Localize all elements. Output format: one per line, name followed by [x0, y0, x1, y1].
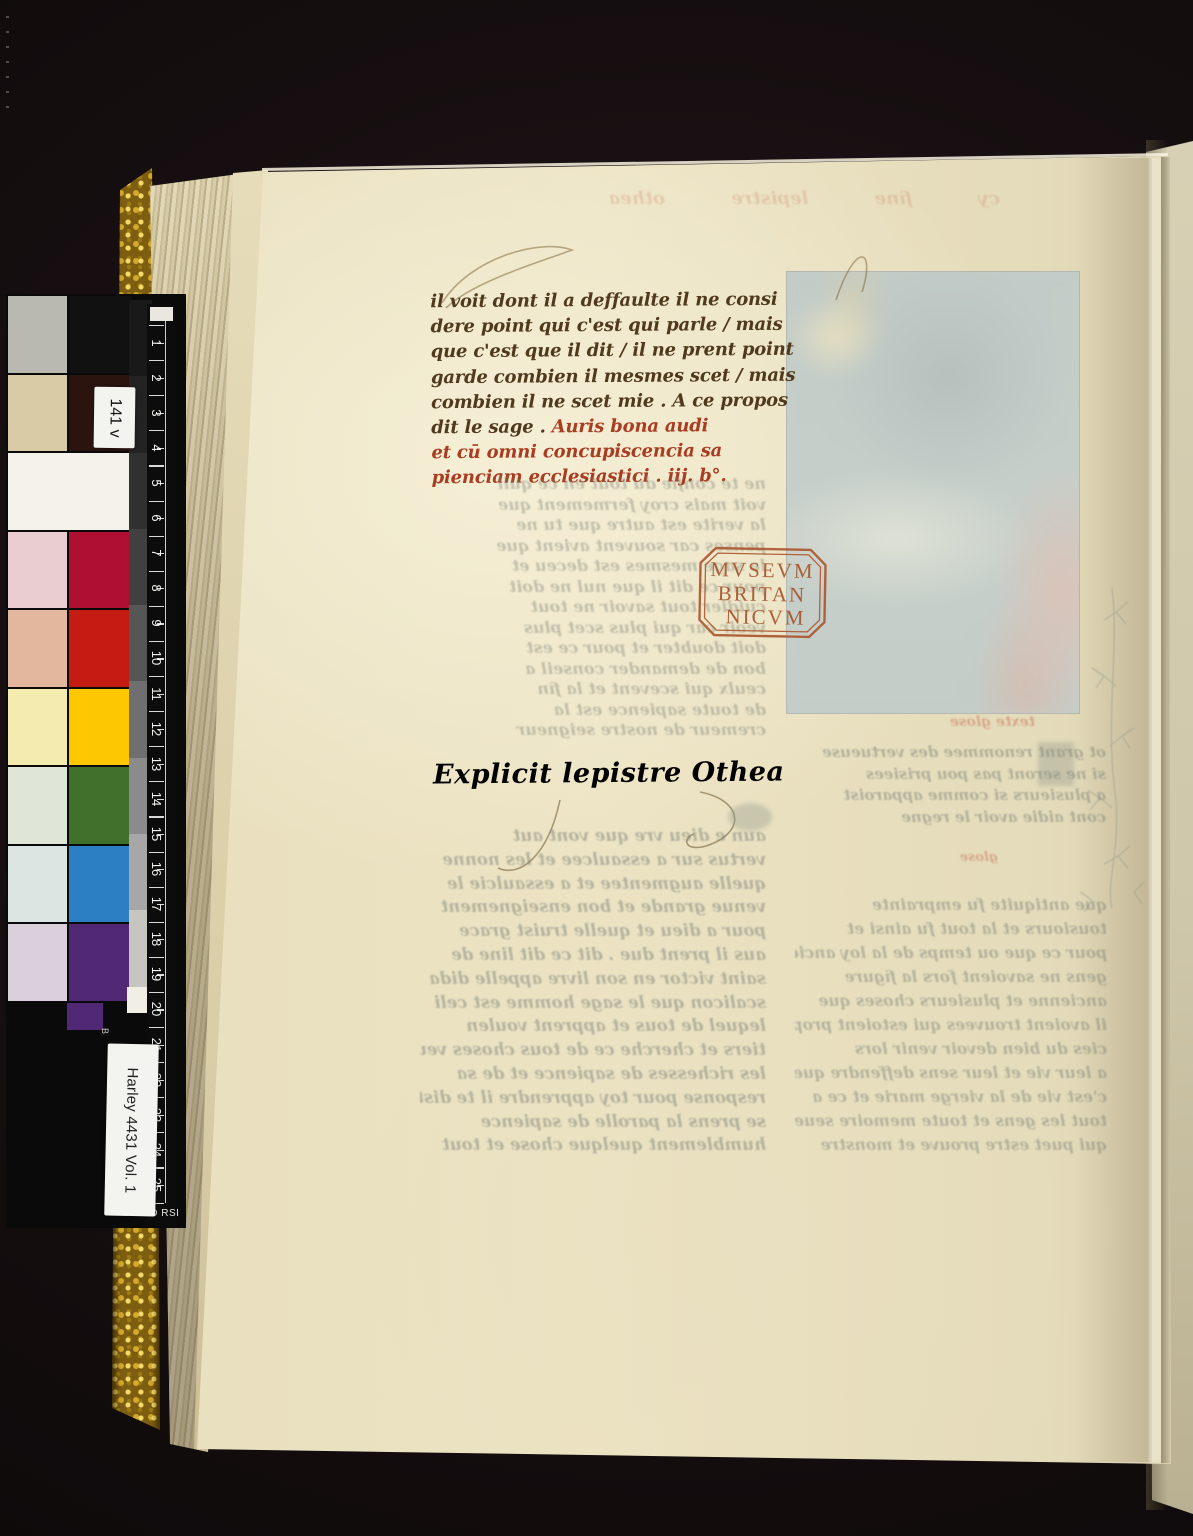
show-through-line: lequel de tous et apprent voulen — [420, 1014, 766, 1038]
show-through-line: ot grant renommee des vertueuse — [800, 742, 1106, 764]
manuscript-text-line: que c'est que il dit / il ne prent point — [431, 337, 776, 365]
ruler-tick-minor — [157, 729, 164, 730]
manuscript-text-line: dit le sage . Auris bona audi — [431, 413, 776, 441]
show-through-line: cont aidie avoir le regne — [800, 807, 1106, 829]
show-through-left-lower: aun e dieu vre que vont autvertus sur a … — [420, 824, 766, 1157]
main-text-block: il voit dont il a deffaulte il ne consid… — [430, 287, 776, 491]
show-through-line: qui puet estre prouve et monstre — [795, 1133, 1107, 1157]
show-through-rubric-mid: glose — [918, 850, 998, 865]
ruler-tick-minor — [157, 378, 164, 379]
show-through-line: a leur vie et leur sens deffendre que — [795, 1061, 1107, 1085]
show-through-line: aun e dieu vre que vont aut — [420, 824, 766, 848]
color-chart-row — [8, 689, 132, 766]
ruler-tick-minor — [157, 974, 164, 975]
show-through-line: tiers et cherche ce de tous choses veult — [420, 1038, 766, 1062]
text-segment-brown: combien il ne scet mie . A ce propos — [431, 389, 788, 412]
show-through-line: cremeur de nostre seigneur — [428, 720, 766, 741]
ruler-tick-major — [149, 781, 164, 782]
ruler-tick-major — [149, 957, 164, 958]
show-through-line: vertus sur a essaulcee et les nonne — [420, 848, 766, 872]
manuscript-text-line: combien il ne scet mie . A ce propos — [431, 388, 776, 416]
color-patch — [8, 689, 67, 766]
ruler-tick-minor — [157, 1185, 164, 1186]
color-chart-row — [8, 610, 132, 687]
show-through-line: a plusieurs si comme apparoist — [800, 785, 1106, 807]
show-through-line: ne te confie du tout en ce quil — [428, 474, 766, 495]
ruler-tick-major — [149, 711, 164, 712]
ruler-tick-major — [149, 816, 164, 817]
color-patch — [69, 610, 132, 687]
color-patch-purple-extension — [67, 1003, 103, 1030]
color-patch — [8, 453, 132, 530]
ruler-tick-major — [149, 1027, 164, 1028]
color-patch — [8, 610, 67, 687]
page-curve-shading — [1076, 158, 1152, 1462]
show-through-line: scalicon que le sage homme est celi — [420, 991, 766, 1015]
color-patch — [8, 532, 67, 609]
ruler-tick-minor — [157, 834, 164, 835]
ruler-tick-minor — [157, 869, 164, 870]
ruler-tick-major — [149, 536, 164, 537]
show-through-line: la verite est autre que tu ne — [428, 515, 766, 536]
text-segment-brown: que c'est que il dit / il ne prent point — [431, 339, 794, 363]
show-through-line: ancienne et plusieurs choses que — [795, 989, 1107, 1013]
show-through-right-lower: que antiquite fu empraintetousiours et l… — [795, 893, 1107, 1157]
color-chart-row — [8, 767, 132, 844]
ruler-tick-major — [149, 992, 164, 993]
ruler-tick-minor — [157, 518, 164, 519]
show-through-line: quelle augmentee et a essaulcie le — [420, 872, 766, 896]
stamp-line-1: MVSEVM — [710, 557, 815, 583]
ruler-tick-major — [149, 501, 164, 502]
show-through-line: si ne seront pas pou prisiees — [800, 764, 1106, 786]
museum-britannicum-stamp: MVSEVM BRITAN NICVM — [696, 545, 829, 640]
ruler-tick-minor — [157, 553, 164, 554]
stamp-line-3: NICVM — [725, 604, 805, 630]
color-chart-row — [8, 846, 132, 923]
color-patch — [8, 296, 67, 373]
ruler-tick-major — [149, 395, 164, 396]
folio-number-label: 141 v — [105, 398, 124, 437]
show-through-line: bon de demander conseil a — [428, 659, 766, 680]
show-through-rubric-upper: texte glose — [905, 714, 1035, 730]
show-through-line: venue grande et bon enseignement — [420, 895, 766, 919]
manuscript-text-line: et cū omni concupiscencia sa — [431, 438, 776, 466]
ruler-tick-major — [149, 360, 164, 361]
ruler-tick-minor — [157, 799, 164, 800]
ruler-tick-major — [149, 676, 164, 677]
stamp-line-2: BRITAN — [718, 581, 807, 607]
ruler-tick-major — [149, 430, 164, 431]
show-through-line: doit doubter et pour ce est — [428, 638, 766, 659]
show-through-line: tousiours et la tout fu ainsi et — [795, 917, 1107, 941]
ruler-tick-minor — [157, 448, 164, 449]
manuscript-text-line: garde combien il mesmes scet / mais — [431, 362, 776, 390]
ruler-tick-minor — [157, 1150, 164, 1151]
color-chart-row — [8, 924, 132, 1001]
show-through-line: de toute sapience est la — [428, 700, 766, 721]
show-through-line: que antiquite fu emprainte — [795, 893, 1107, 917]
color-patch — [8, 924, 67, 1001]
ruler-tick-minor — [157, 1009, 164, 1010]
show-through-line: response pour toy apprendre il te dist — [420, 1086, 766, 1110]
color-chart-row — [8, 532, 132, 609]
ruler-end-cap — [150, 307, 173, 321]
fold-crease-shadow — [1161, 157, 1170, 1463]
show-through-line: humblement quelque chose et tout — [420, 1133, 766, 1157]
color-patch — [69, 689, 132, 766]
text-segment-brown: garde combien il mesmes scet / mais — [431, 364, 796, 388]
show-through-line: ceulx qui scevent et la fin — [428, 679, 766, 700]
text-segment-brown: dere point qui c'est qui parle / mais — [430, 314, 782, 337]
text-segment-red: et cū omni concupiscencia sa — [431, 440, 722, 463]
ruler-tick-minor — [157, 694, 164, 695]
ruler-tick-minor — [157, 343, 164, 344]
ruler-tick-major — [149, 325, 164, 326]
ruler-tick-minor — [157, 588, 164, 589]
color-patch — [69, 924, 132, 1001]
ruler-tick-minor — [157, 939, 164, 940]
show-through-line: c'est vie de la vierge marie et ce a — [795, 1085, 1107, 1109]
show-through-right-upper: ot grant renommee des vertueusesi ne ser… — [800, 742, 1106, 828]
shelfmark-sticker: Harley 4431 Vol. 1 — [104, 1043, 159, 1216]
show-through-line: saint victor en son livre appelle dida — [420, 967, 766, 991]
show-through-line: tout les gens et toute memoire seue — [795, 1109, 1107, 1133]
photographic-stage: cy fine lepistre othea — [0, 0, 1193, 1536]
color-patch — [8, 767, 67, 844]
color-chart-row — [8, 453, 132, 530]
show-through-line: pour ce que ou temps de la loy anciene — [795, 941, 1107, 965]
ruler-tick-minor — [157, 764, 164, 765]
text-segment-brown: il voit dont il a deffaulte il ne consi — [430, 289, 777, 312]
manuscript-text-line: dere point qui c'est qui parle / mais — [430, 312, 775, 340]
show-through-line: gens ne savoient fors la figure — [795, 965, 1107, 989]
show-through-line: il avoient trouvees qui estoient prophe — [795, 1013, 1107, 1037]
ruler-tick-major — [149, 852, 164, 853]
ruler-tick-minor — [157, 904, 164, 905]
color-chart-row — [8, 296, 132, 373]
ruler-tick-major — [149, 887, 164, 888]
color-patch — [69, 767, 132, 844]
ruler-tick-major — [149, 641, 164, 642]
ruler-tick-major — [149, 746, 164, 747]
ruler-tick-minor — [157, 623, 164, 624]
show-through-line: voit mais croy fermement que — [428, 495, 766, 516]
folio-number-sticker: 141 v — [94, 387, 136, 449]
show-through-line: se prens la parolle de sapience — [420, 1110, 766, 1134]
color-patch — [8, 846, 67, 923]
ruler-tick-major — [149, 922, 164, 923]
text-segment-brown: dit le sage . — [431, 416, 552, 438]
manuscript-text-line: il voit dont il a deffaulte il ne consi — [430, 287, 775, 315]
show-through-line: cies du bien devoir venir lors — [795, 1037, 1107, 1061]
ruler-tick-major — [149, 606, 164, 607]
show-through-line: aus il prent due . dit ce dit line de — [420, 943, 766, 967]
ruler-tick-minor — [157, 483, 164, 484]
color-patch — [69, 296, 132, 373]
ruler-tick-major — [149, 465, 164, 466]
chart-index-mark: B — [100, 1028, 110, 1034]
ruler-tick-minor — [157, 1115, 164, 1116]
color-patch — [69, 532, 132, 609]
ruler-tick-minor — [157, 658, 164, 659]
show-through-line: pour a dieu et quelle truist grace — [420, 919, 766, 943]
shelfmark-label: Harley 4431 Vol. 1 — [122, 1067, 142, 1194]
color-patch — [69, 846, 132, 923]
ruler-tick-major — [149, 571, 164, 572]
explicit-line: Explicit lepistre Othea — [433, 756, 785, 790]
ruler-tick-minor — [157, 413, 164, 414]
color-patch — [8, 375, 67, 452]
text-segment-red: Auris bona audi — [552, 415, 709, 437]
show-through-line: les richesses de sapience et de sa — [420, 1062, 766, 1086]
